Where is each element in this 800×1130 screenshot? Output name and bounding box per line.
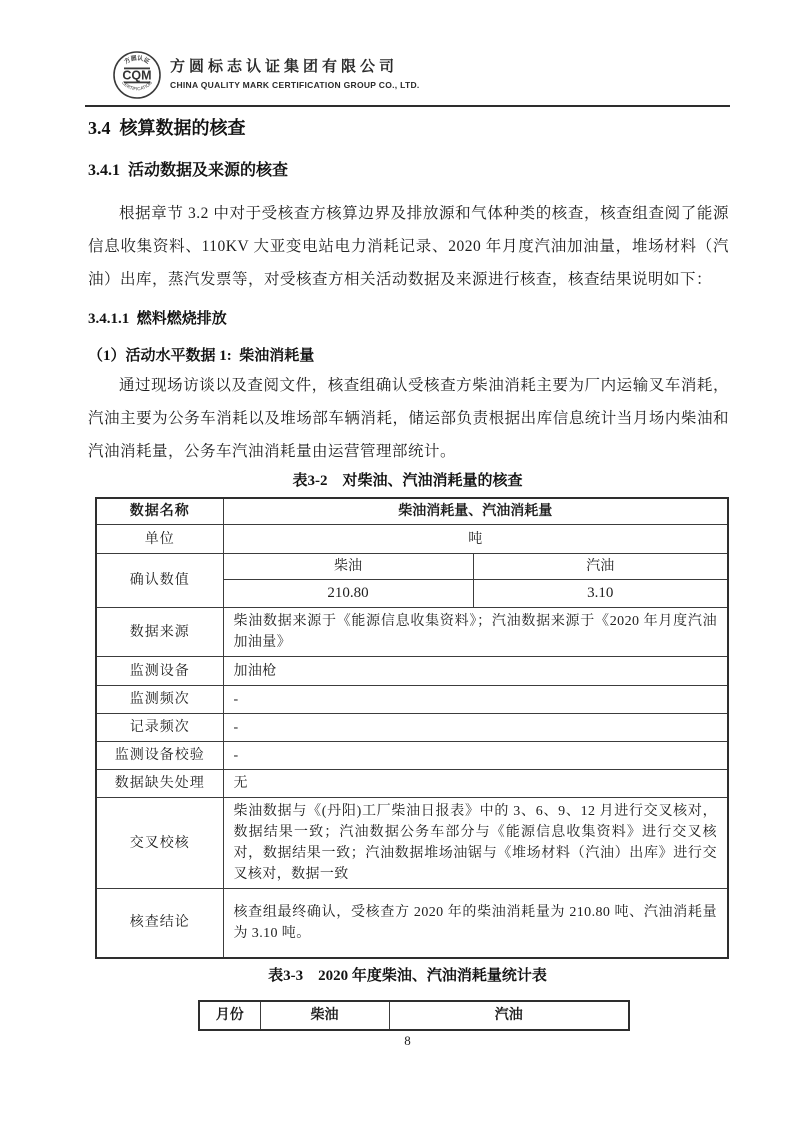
table-row: 数据来源 柴油数据来源于《能源信息收集资料》；汽油数据来源于《2020 年月度汽… [96, 608, 728, 657]
cell-diesel-header: 柴油 [223, 554, 473, 580]
table-3-3-caption: 表3-3 2020 年度柴油、汽油消耗量统计表 [85, 964, 730, 985]
page-number: 8 [85, 1033, 730, 1049]
section-heading-3-4: 3.4 核算数据的核查 [88, 114, 246, 140]
row-label-cross-check: 交叉校核 [96, 798, 223, 889]
cell-data-name-value: 柴油消耗量、汽油消耗量 [223, 498, 728, 525]
table-3-2: 数据名称 柴油消耗量、汽油消耗量 单位 吨 确认数值 柴油 汽油 210.80 … [95, 497, 729, 959]
cell-monitoring-frequency-value: - [223, 686, 728, 714]
row-label-data-source: 数据来源 [96, 608, 223, 657]
table-row: 单位 吨 [96, 525, 728, 554]
paragraph-diesel-gasoline-confirmation: 通过现场访谈以及查阅文件，核查组确认受核查方柴油消耗主要为厂内运输叉车消耗，汽油… [88, 369, 729, 468]
cell-gasoline-value: 3.10 [473, 580, 728, 608]
table-row: 数据名称 柴油消耗量、汽油消耗量 [96, 498, 728, 525]
subheading-activity-data-1: （1）活动水平数据 1: 柴油消耗量 [88, 344, 314, 365]
cell-data-source-value: 柴油数据来源于《能源信息收集资料》；汽油数据来源于《2020 年月度汽油加油量》 [223, 608, 728, 657]
cell-unit-value: 吨 [223, 525, 728, 554]
row-label-record-frequency: 记录频次 [96, 714, 223, 742]
col-header-diesel: 柴油 [260, 1001, 389, 1030]
row-label-conclusion: 核查结论 [96, 889, 223, 958]
cell-monitoring-device-value: 加油枪 [223, 657, 728, 686]
table-row: 监测频次 - [96, 686, 728, 714]
logo-arc-top-text: 方圆认证 [123, 54, 152, 66]
cell-conclusion-value: 核查组最终确认，受核查方 2020 年的柴油消耗量为 210.80 吨、汽油消耗… [223, 889, 728, 958]
cqm-logo-icon: 方圆认证 CERTIFICATION CQM [112, 50, 162, 100]
cell-gasoline-header: 汽油 [473, 554, 728, 580]
cell-cross-check-value: 柴油数据与《(丹阳)工厂柴油日报表》中的 3、6、9、12 月进行交叉核对，数据… [223, 798, 728, 889]
table-row: 记录频次 - [96, 714, 728, 742]
row-label-confirmed-value: 确认数值 [96, 554, 223, 608]
row-label-missing-data: 数据缺失处理 [96, 770, 223, 798]
table-row: 核查结论 核查组最终确认，受核查方 2020 年的柴油消耗量为 210.80 吨… [96, 889, 728, 958]
section-heading-3-4-1-1: 3.4.1.1 燃料燃烧排放 [88, 307, 227, 328]
company-name-en: CHINA QUALITY MARK CERTIFICATION GROUP C… [170, 80, 420, 90]
table-row: 监测设备校验 - [96, 742, 728, 770]
company-name-cn: 方圆标志认证集团有限公司 [170, 55, 398, 76]
row-label-data-name: 数据名称 [96, 498, 223, 525]
row-label-unit: 单位 [96, 525, 223, 554]
cell-missing-data-value: 无 [223, 770, 728, 798]
table-3-3: 月份 柴油 汽油 [198, 1000, 630, 1031]
row-label-monitoring-frequency: 监测频次 [96, 686, 223, 714]
row-label-device-calibration: 监测设备校验 [96, 742, 223, 770]
header-divider [85, 105, 730, 107]
paragraph-verification-scope: 根据章节 3.2 中对于受核查方核算边界及排放源和气体种类的核查，核查组查阅了能… [88, 197, 729, 296]
col-header-gasoline: 汽油 [389, 1001, 629, 1030]
table-row: 监测设备 加油枪 [96, 657, 728, 686]
row-label-monitoring-device: 监测设备 [96, 657, 223, 686]
table-row: 数据缺失处理 无 [96, 770, 728, 798]
cell-device-calibration-value: - [223, 742, 728, 770]
document-page: 方圆认证 CERTIFICATION CQM 方圆标志认证集团有限公司 CHIN… [0, 0, 800, 1130]
cell-diesel-value: 210.80 [223, 580, 473, 608]
logo-monogram-text: CQM [122, 69, 151, 83]
col-header-month: 月份 [199, 1001, 260, 1030]
table-row: 确认数值 柴油 汽油 [96, 554, 728, 580]
table-row: 交叉校核 柴油数据与《(丹阳)工厂柴油日报表》中的 3、6、9、12 月进行交叉… [96, 798, 728, 889]
cell-record-frequency-value: - [223, 714, 728, 742]
svg-text:方圆认证: 方圆认证 [123, 54, 152, 66]
table-3-2-caption: 表3-2 对柴油、汽油消耗量的核查 [85, 469, 730, 490]
section-heading-3-4-1: 3.4.1 活动数据及来源的核查 [88, 157, 288, 180]
table-row: 月份 柴油 汽油 [199, 1001, 629, 1030]
